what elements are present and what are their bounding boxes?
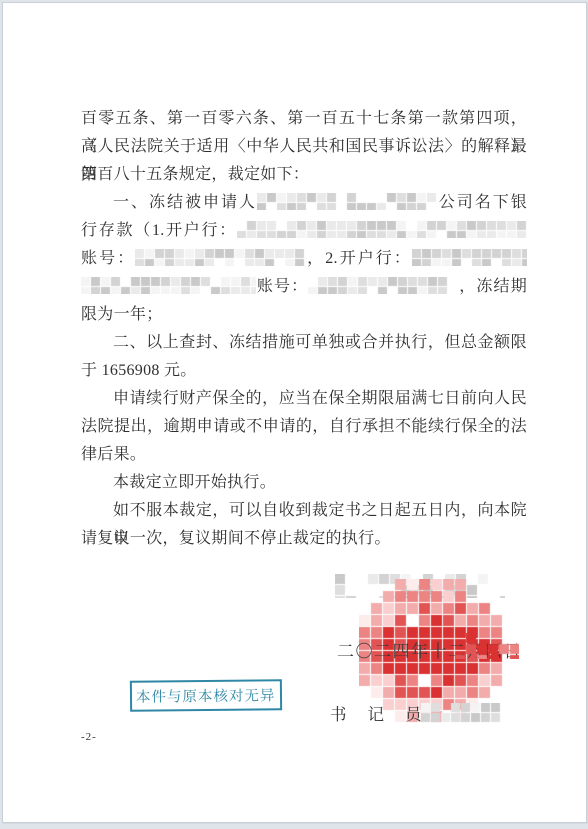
text-line: 高人民法院关于适用〈中华人民共和国民事诉讼法〉的解释》第 [81, 133, 527, 161]
text-segment: 一、冻结被申请人 [113, 194, 257, 211]
redaction-block [135, 249, 305, 266]
redaction-block [81, 277, 256, 294]
text-line: 申请续行财产保全的，应当在保全期限届满七日前向人民 [81, 385, 527, 413]
text-line: 账号：，冻结期 [81, 273, 527, 301]
clerk-label: 书记员 [330, 705, 443, 724]
text-segment: 四百八十五条规定，裁定如下： [81, 166, 309, 183]
text-line: 法院提出，逾期申请或不申请的，自行承担不能续行保全的法 [81, 413, 527, 441]
text-segment: ，2.开户行： [305, 250, 412, 267]
text-segment: 本裁定立即开始执行。 [113, 474, 276, 491]
text-segment: 于 1656908 元。 [81, 362, 197, 379]
text-segment: 行存款（1.开户行： [81, 222, 237, 239]
text-line: 二、以上查封、冻结措施可单独或合并执行，但总金额限 [81, 329, 527, 357]
text-line: 行存款（1.开户行： [81, 217, 527, 245]
text-line: 一、冻结被申请人公司名下银 [81, 189, 527, 217]
text-segment: ，冻结期 [458, 278, 527, 295]
text-line: 律后果。 [81, 441, 527, 469]
text-line: 本裁定立即开始执行。 [81, 469, 527, 497]
text-segment: 账号： [256, 278, 308, 295]
text-line: 如不服本裁定，可以自收到裁定书之日起五日内，向本院申 [81, 497, 527, 525]
text-line: 限为一年； [81, 301, 527, 329]
text-line: 账号：，2.开户行： [81, 245, 527, 273]
text-segment: 律后果。 [81, 446, 146, 463]
redaction-block [412, 249, 527, 266]
text-line: 于 1656908 元。 [81, 357, 527, 385]
text-line: 百零五条、第一百零六条、第一百五十七条第一款第四项，《最 [81, 105, 527, 133]
text-line: 请复议一次，复议期间不停止裁定的执行。 [81, 525, 527, 553]
redaction-block [308, 277, 458, 294]
redaction-block [257, 193, 437, 210]
clerk-row: 书记员 [330, 701, 443, 725]
text-segment: 账号： [81, 250, 135, 267]
text-segment: 公司名下银 [437, 194, 527, 211]
text-segment: 申请续行财产保全的，应当在保全期限届满七日前向人民 [113, 390, 527, 407]
redaction-block [237, 221, 527, 238]
text-segment: 限为一年； [81, 306, 163, 323]
document-lines: 百零五条、第一百零六条、第一百五十七条第一款第四项，《最高人民法院关于适用〈中华… [81, 105, 527, 553]
text-segment: 二、以上查封、冻结措施可单独或合并执行，但总金额限 [113, 334, 527, 351]
text-segment: 法院提出，逾期申请或不申请的，自行承担不能续行保全的法 [81, 418, 527, 435]
verification-stamp: 本件与原本核对无异 [130, 679, 282, 712]
page-number: -2- [81, 731, 97, 743]
text-segment: 请复议一次，复议期间不停止裁定的执行。 [81, 530, 391, 547]
document-page: 百零五条、第一百零六条、第一百五十七条第一款第四项，《最高人民法院关于适用〈中华… [2, 2, 587, 823]
text-line: 四百八十五条规定，裁定如下： [81, 161, 527, 189]
date-obscure-mosaic [455, 633, 519, 659]
